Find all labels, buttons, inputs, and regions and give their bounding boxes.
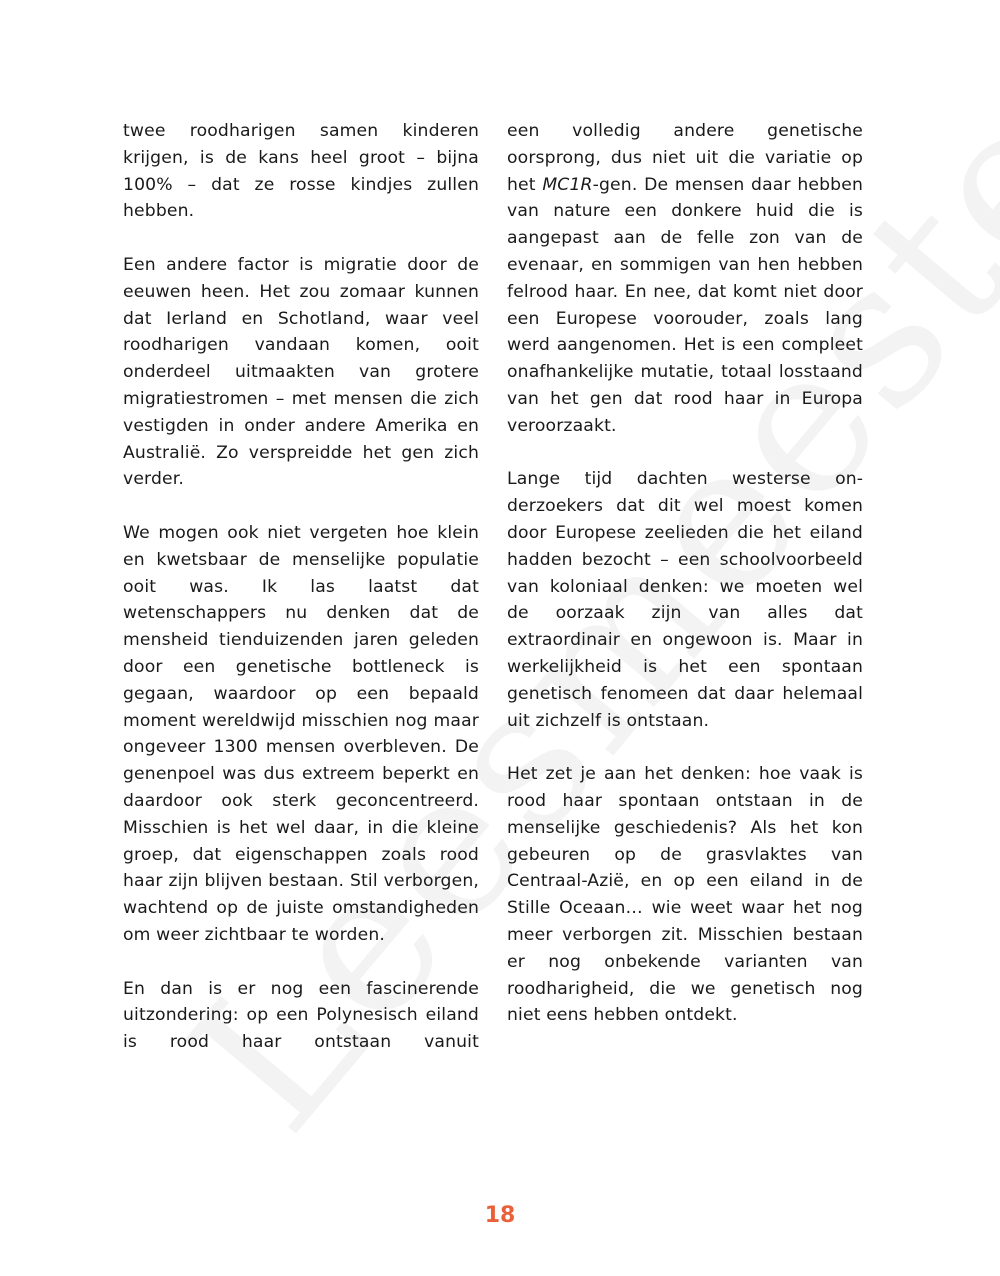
- page-number: 18: [0, 1203, 1000, 1228]
- right-column: een volledig andere genetische oorsprong…: [507, 118, 863, 1056]
- left-column: twee roodharigen samen kinderen krijgen,…: [123, 118, 479, 1083]
- paragraph-polynesian-exception: En dan is er nog een fascinerende uitzon…: [123, 976, 479, 1056]
- paragraph-genetic-origin: een volledig andere genetische oorsprong…: [507, 118, 863, 440]
- gene-name: MC1R: [542, 175, 592, 195]
- paragraph-colonial-thinking: Lange tijd dachten westerse on­derzoeker…: [507, 466, 863, 734]
- paragraph-continuation: twee roodharigen samen kinderen krijgen,…: [123, 118, 479, 225]
- paragraph-reflection: Het zet je aan het denken: hoe vaak is r…: [507, 761, 863, 1029]
- paragraph-bottleneck: We mogen ook niet vergeten hoe klein en …: [123, 520, 479, 949]
- text-segment: -gen. De mensen daar hebben van nature e…: [507, 175, 863, 436]
- paragraph-migration: Een andere factor is migratie door de ee…: [123, 252, 479, 493]
